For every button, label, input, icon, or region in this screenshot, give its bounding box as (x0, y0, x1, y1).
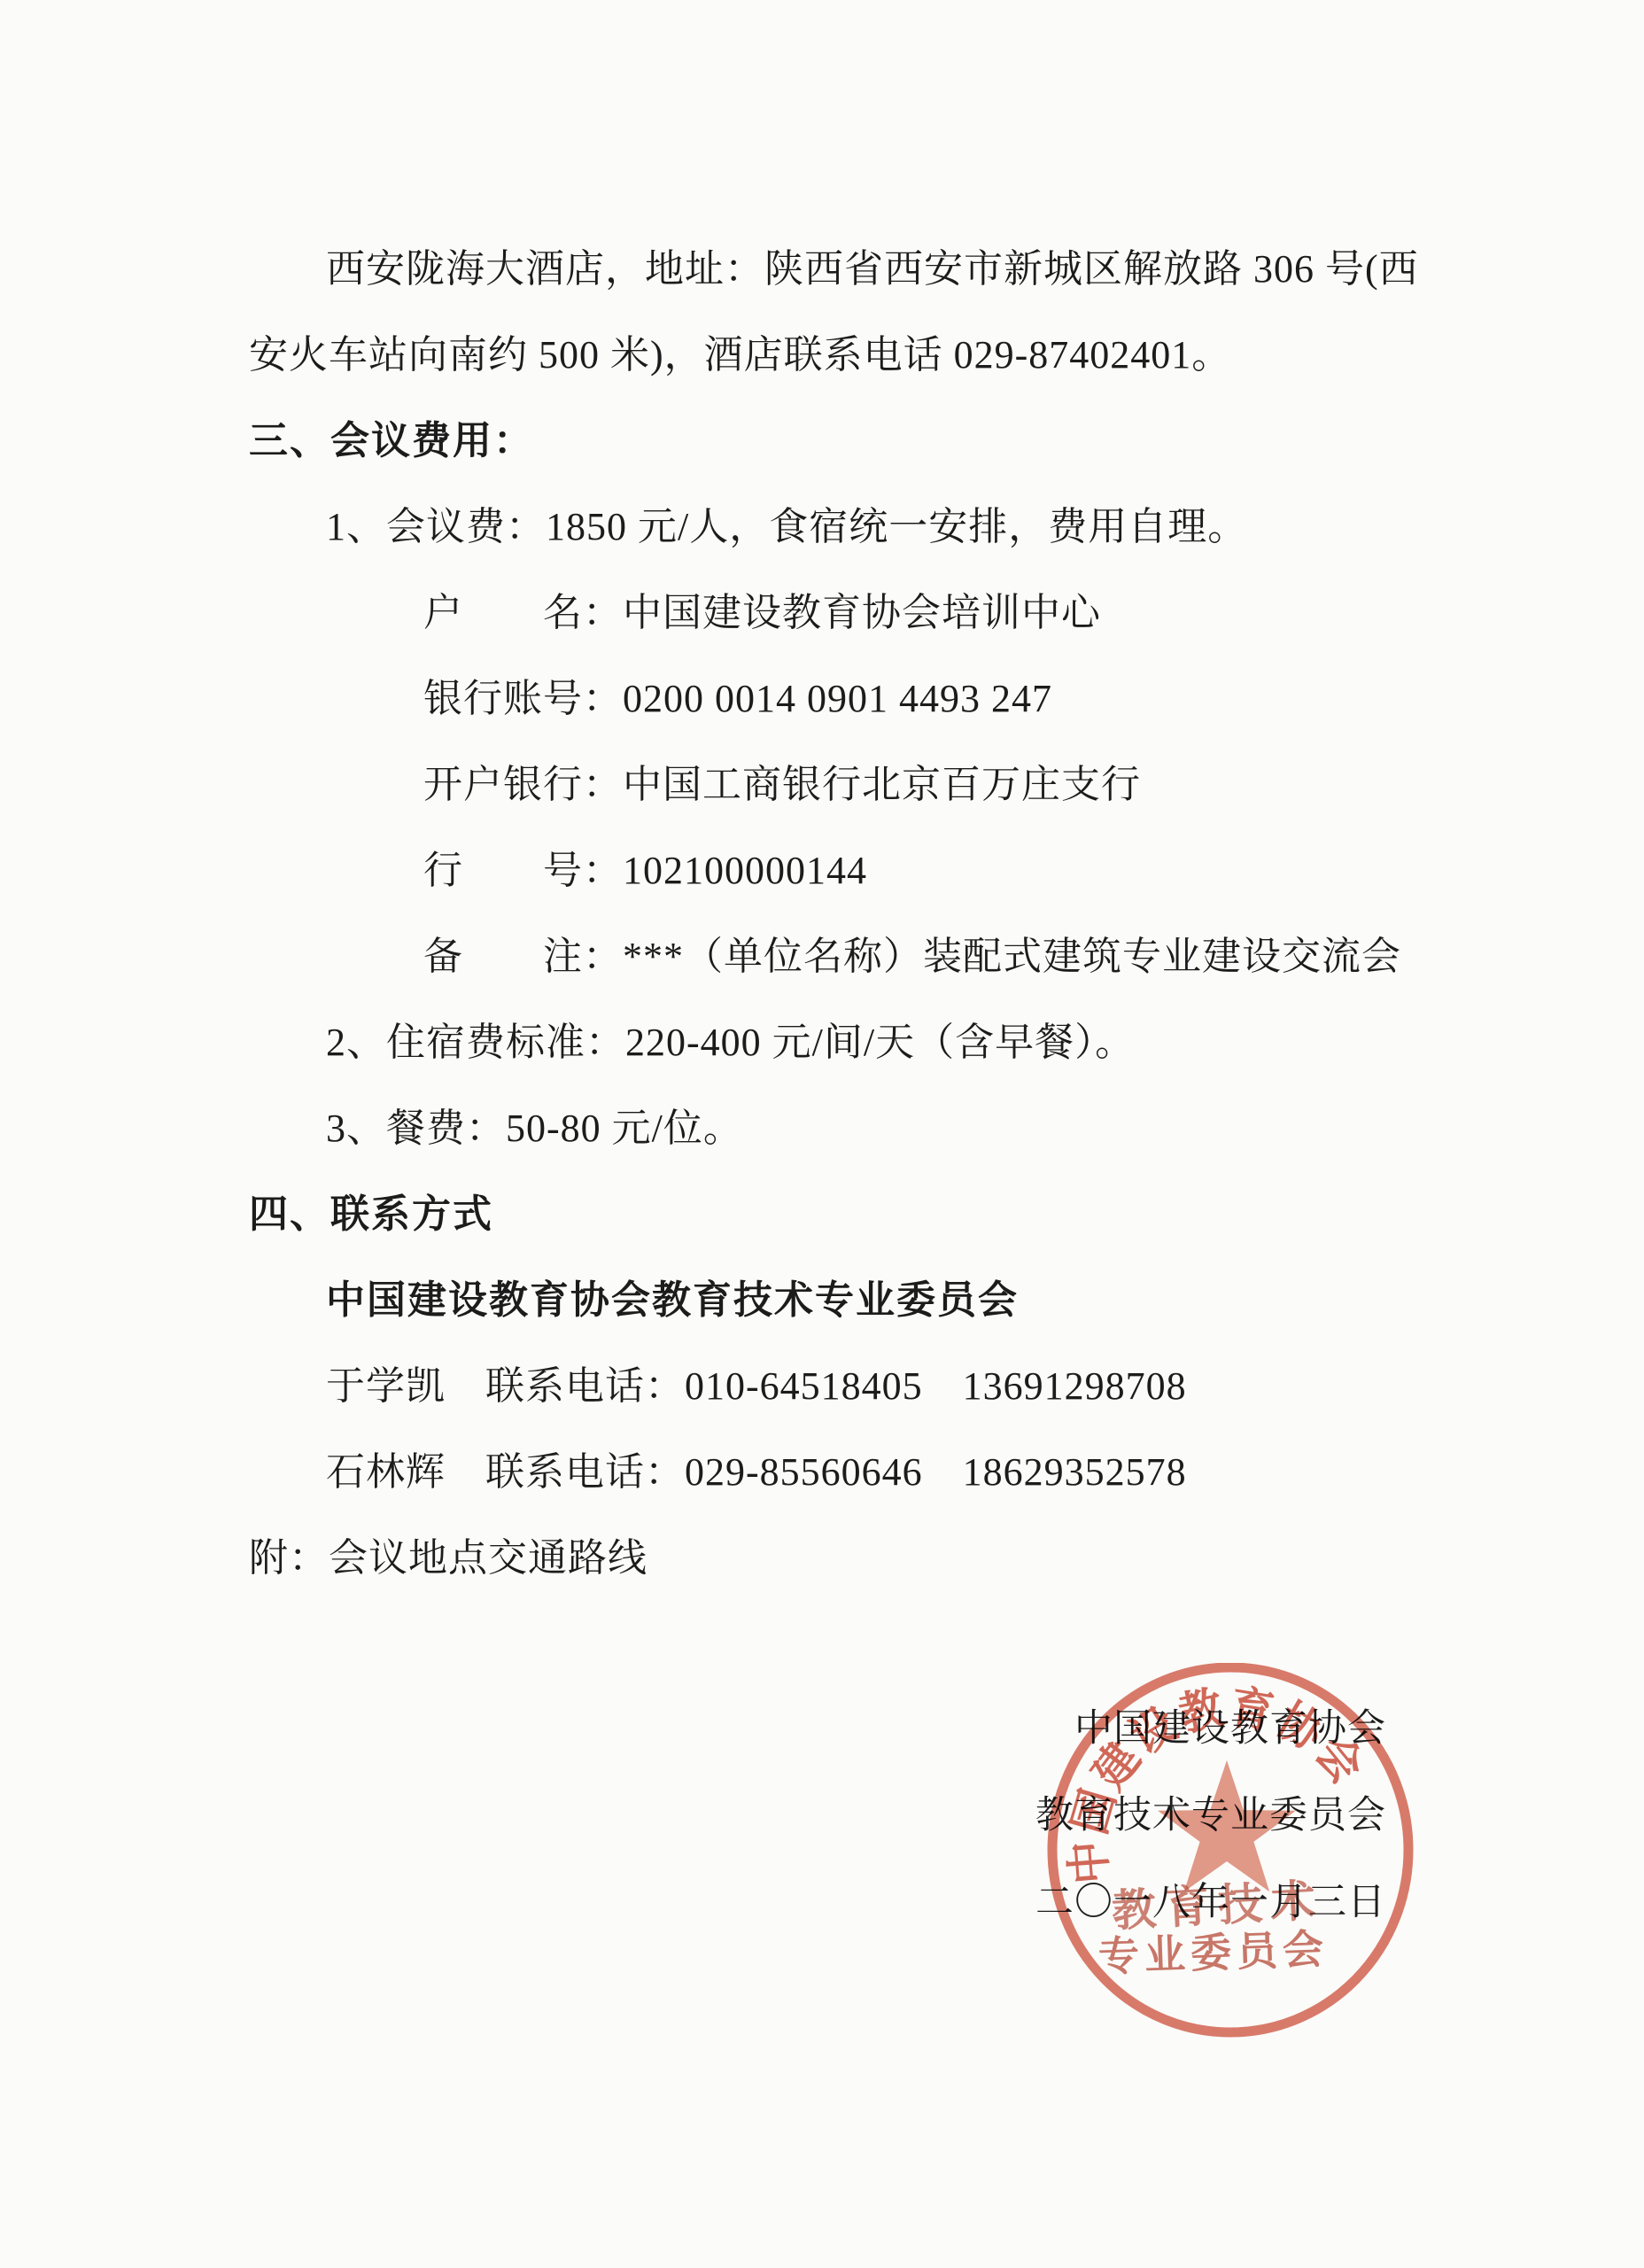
signature-block: 中国建设教育协会 教育技术专业委员会 二〇一八年一月三日 (1035, 1686, 1386, 1946)
signature-org-line-2: 教育技术专业委员会 (1035, 1773, 1386, 1860)
meal-fee-line: 3、餐费：50-80 元/位。 (0, 1085, 1644, 1171)
account-number-line: 银行账号：0200 0014 0901 4493 247 (0, 656, 1644, 742)
signature-org-line-1: 中国建设教育协会 (1035, 1686, 1386, 1773)
remark-line: 备 注：***（单位名称）装配式建筑专业建设交流会 (0, 913, 1644, 999)
branch-code-line: 行 号：102100000144 (0, 827, 1644, 913)
bank-name-line: 开户银行：中国工商银行北京百万庄支行 (0, 742, 1644, 827)
hotel-address-line-2: 安火车站向南约 500 米)，酒店联系电话 029-87402401。 (0, 312, 1644, 398)
signature-date-line: 二〇一八年一月三日 (1035, 1860, 1386, 1946)
conference-fee-line: 1、会议费：1850 元/人，食宿统一安排，费用自理。 (0, 484, 1644, 570)
hotel-address-line-1: 西安陇海大酒店，地址：陕西省西安市新城区解放路 306 号(西 (0, 226, 1644, 312)
contact-shi-line: 石林辉 联系电话：029-85560646 18629352578 (0, 1429, 1644, 1515)
account-name-line: 户 名：中国建设教育协会培训中心 (0, 570, 1644, 656)
scanned-notice-page: 西安陇海大酒店，地址：陕西省西安市新城区解放路 306 号(西 安火车站向南约 … (0, 0, 1644, 2268)
lodging-fee-line: 2、住宿费标准：220-400 元/间/天（含早餐）。 (0, 999, 1644, 1085)
attachment-line: 附：会议地点交通路线 (0, 1515, 1644, 1601)
committee-name-line: 中国建设教育协会教育技术专业委员会 (0, 1257, 1644, 1343)
section-contact-heading: 四、联系方式 (0, 1171, 1644, 1257)
document-body: 西安陇海大酒店，地址：陕西省西安市新城区解放路 306 号(西 安火车站向南约 … (0, 226, 1644, 1601)
section-fees-heading: 三、会议费用： (0, 398, 1644, 484)
contact-yu-line: 于学凯 联系电话：010-64518405 13691298708 (0, 1343, 1644, 1429)
